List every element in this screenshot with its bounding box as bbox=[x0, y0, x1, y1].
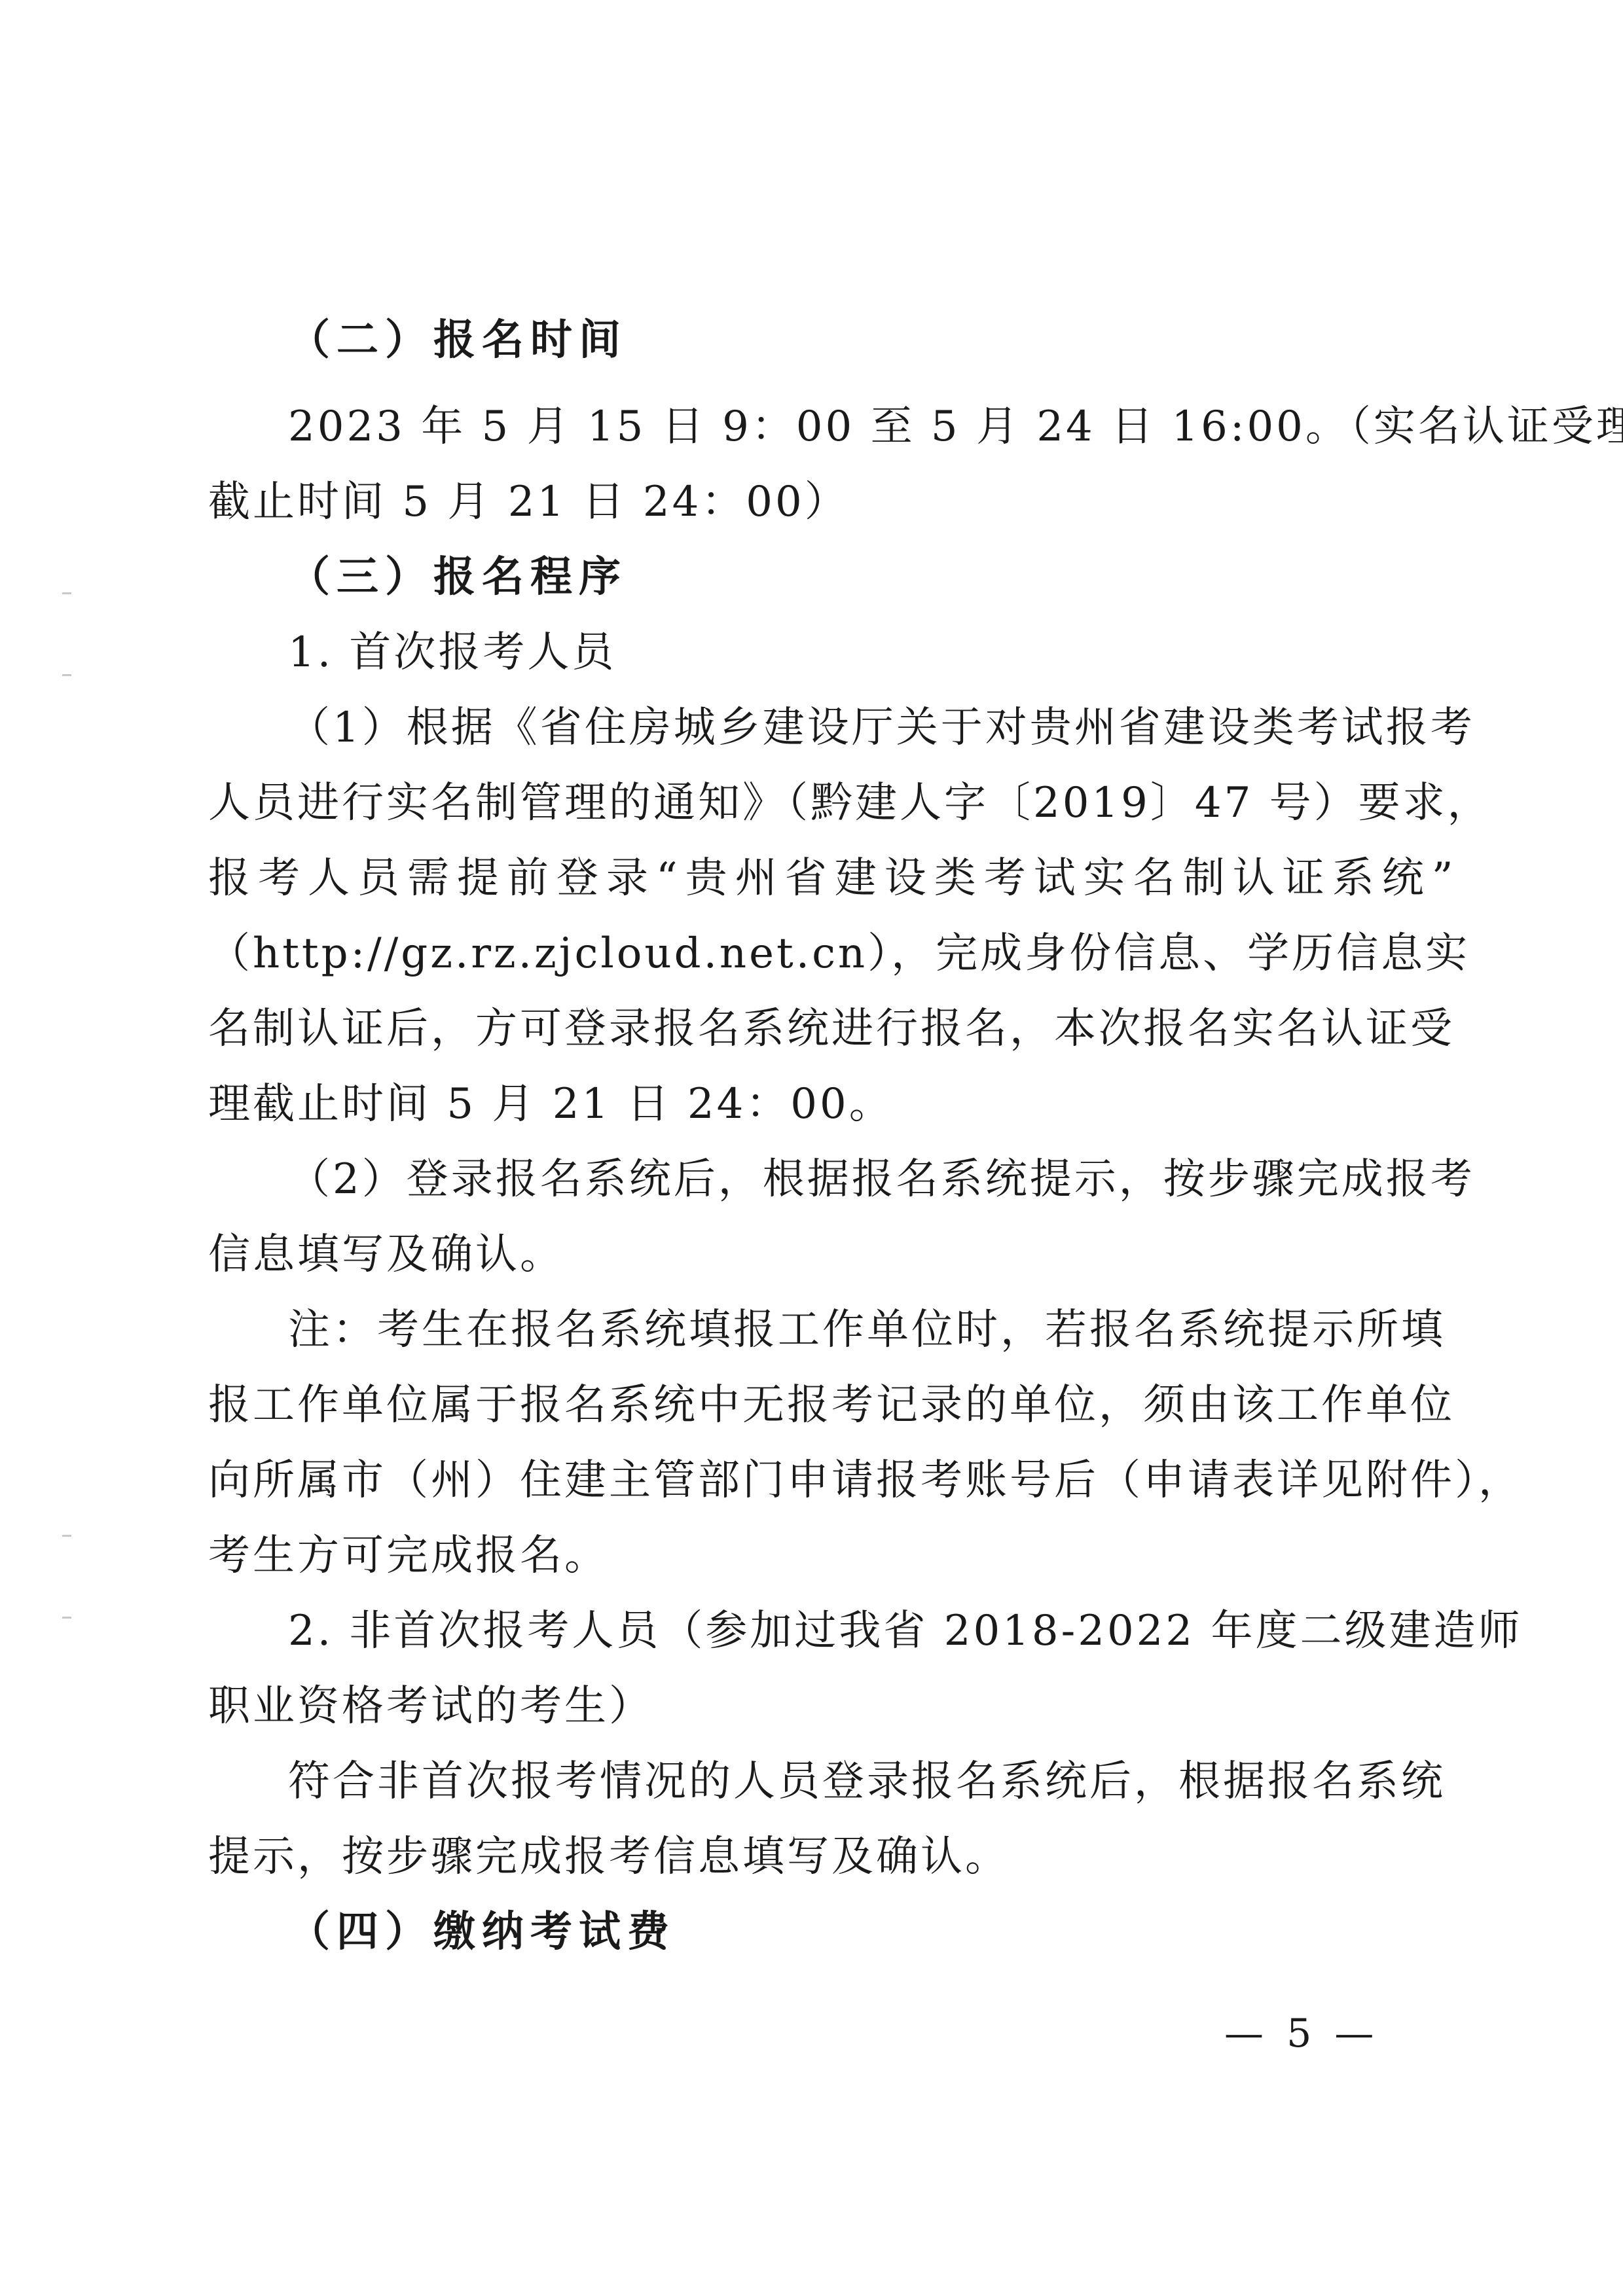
scan-artifact bbox=[62, 592, 71, 594]
section-heading-registration-time: （二）报名时间 bbox=[288, 319, 627, 361]
section-heading-exam-fee: （四）缴纳考试费 bbox=[288, 1911, 676, 1953]
note-line: 考生方可完成报名。 bbox=[208, 1535, 609, 1577]
note-line: 向所属市（州）住建主管部门申请报考账号后（申请表详见附件）， bbox=[208, 1460, 1523, 1501]
paragraph-line: 信息填写及确认。 bbox=[208, 1234, 564, 1276]
paragraph-line: 2023 年 5 月 15 日 9：00 至 5 月 24 日 16:00。（实… bbox=[288, 406, 1623, 448]
paragraph-line: 截止时间 5 月 21 日 24：00） bbox=[208, 481, 849, 523]
document-page: （二）报名时间 2023 年 5 月 15 日 9：00 至 5 月 24 日 … bbox=[0, 0, 1623, 2296]
list-item-title: 2. 非首次报考人员（参加过我省 2018-2022 年度二级建造师 bbox=[288, 1610, 1522, 1652]
page-number: — 5 — bbox=[1224, 2011, 1379, 2056]
scan-artifact bbox=[62, 674, 71, 676]
paragraph-line-url: （http://gz.rz.zjcloud.net.cn），完成身份信息、学历信… bbox=[208, 933, 1470, 975]
scan-artifact bbox=[62, 1535, 71, 1537]
scan-artifact bbox=[62, 1617, 71, 1619]
list-item-title: 职业资格考试的考生） bbox=[208, 1685, 653, 1727]
note-line: 注：考生在报名系统填报工作单位时，若报名系统提示所填 bbox=[288, 1309, 1446, 1351]
section-heading-registration-procedure: （三）报名程序 bbox=[288, 556, 627, 598]
paragraph-line: 符合非首次报考情况的人员登录报名系统后，根据报名系统 bbox=[288, 1761, 1446, 1803]
paragraph-line: 提示，按步骤完成报考信息填写及确认。 bbox=[208, 1836, 1010, 1878]
list-item-title: 1. 首次报考人员 bbox=[288, 632, 616, 673]
note-line: 报工作单位属于报名系统中无报考记录的单位，须由该工作单位 bbox=[208, 1384, 1455, 1426]
paragraph-line: 名制认证后，方可登录报名系统进行报名，本次报名实名认证受 bbox=[208, 1008, 1455, 1050]
paragraph-line: 报考人员需提前登录“贵州省建设类考试实名制认证系统” bbox=[208, 857, 1461, 899]
paragraph-line: 人员进行实名制管理的通知》（黔建人字〔2019〕47 号）要求， bbox=[208, 782, 1492, 824]
paragraph-line: （2）登录报名系统后，根据报名系统提示，按步骤完成报考 bbox=[288, 1158, 1475, 1200]
paragraph-line: （1）根据《省住房城乡建设厅关于对贵州省建设类考试报考 bbox=[288, 707, 1475, 749]
paragraph-line: 理截止时间 5 月 21 日 24：00。 bbox=[208, 1083, 894, 1125]
